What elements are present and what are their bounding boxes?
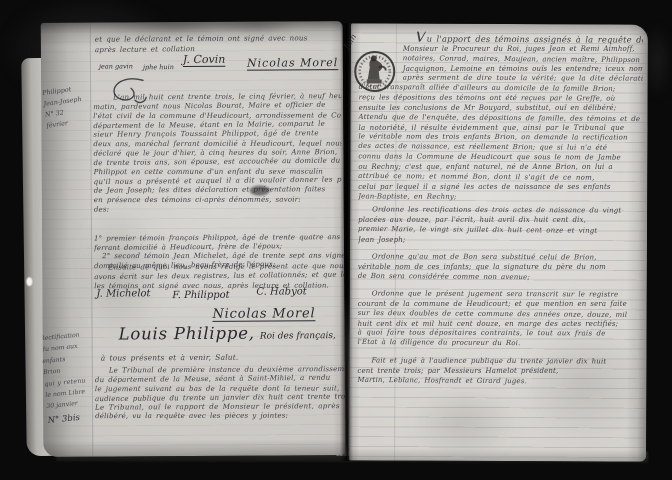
act-signature: F. Philippot bbox=[172, 290, 229, 301]
handwritten-line: Jacquignon, Lemoine en témoins ouïs les … bbox=[359, 65, 643, 75]
handwritten-line: Martin, Leblanc, Hosfrandt et Girard jug… bbox=[357, 376, 641, 388]
handwritten-line: connu dans la Commune de Heudicourt que … bbox=[358, 153, 642, 164]
previous-act-closing: et que le déclarant et le témoin ont sig… bbox=[95, 33, 339, 54]
act-signature: J. Michelot bbox=[96, 288, 150, 299]
heading-louis-philippe: Louis Philippe, bbox=[119, 324, 255, 344]
handwritten-line: Jean-Baptiste, en Rechny; bbox=[358, 192, 642, 203]
handwritten-line: premier Marie, le vingt six juillet dix … bbox=[358, 225, 642, 237]
officer-signature: J. Covin bbox=[183, 53, 225, 66]
handwritten-line: sur les deux doubles de cette commune de… bbox=[358, 309, 642, 321]
handwritten-line: véritable nom de ces infants; que la sig… bbox=[358, 263, 642, 273]
gutter-shadow bbox=[340, 23, 353, 461]
handwritten-line: Attendu que de l'enquête, des déposition… bbox=[359, 113, 643, 125]
handwritten-line: huit cent dix et mil huit cent douze, en… bbox=[358, 320, 642, 330]
handwritten-line: la notoriété, il résulte évidemment que,… bbox=[358, 124, 642, 134]
handwritten-line: des: bbox=[94, 203, 342, 214]
handwritten-line: courant de la commune de Heudicourt; et … bbox=[358, 300, 642, 310]
handwritten-line: Ordonne qu'au mot de Bon sera substitué … bbox=[358, 252, 642, 263]
ordonne-rectifications-paragraph: Ordonne les rectifications des trois act… bbox=[358, 205, 642, 246]
handwritten-line: délibéré, vu la requête avec les pièces … bbox=[95, 411, 345, 421]
handwritten-line: Monsieur le Procureur du Roi, juges Jean… bbox=[359, 45, 643, 55]
royal-heading: Louis Philippe, Roi des français, bbox=[119, 323, 336, 343]
witness-signature: jean gavin bbox=[99, 62, 133, 70]
handwritten-line: notaires, Conrad, maires, Maujean, ancie… bbox=[359, 54, 643, 66]
handwritten-line: deux ans, maréchal ferrant domicilié à H… bbox=[93, 138, 341, 148]
handwritten-line: Ordonne que le présent jugement sera tra… bbox=[358, 289, 642, 300]
ordonne-transcription-paragraph: Ordonne que le présent jugement sera tra… bbox=[358, 289, 642, 349]
considerants-paragraph: Vu l'apport des témoins assignés à la re… bbox=[358, 31, 643, 203]
act-signature: C. Habyot bbox=[256, 286, 307, 297]
margin-note-rectification: Rectificationdu nom auxenfantsBrionqui y… bbox=[41, 329, 98, 428]
heading-salut-line: à tous présents et à venir, Salut. bbox=[101, 353, 239, 363]
margin-note-act: PhilippotJean-JosephN° 32février bbox=[42, 82, 95, 132]
handwritten-line: à tous présents et à venir, Salut. bbox=[101, 353, 239, 363]
handwritten-line: celui par lequel il a signé les actes de… bbox=[358, 183, 642, 193]
witness-signature: jphe huin bbox=[143, 63, 174, 71]
handwritten-line: de Bon sera considérée comme non avenue; bbox=[358, 272, 642, 284]
fait-et-juge-paragraph: Fait et jugé à l'audience publique du tr… bbox=[357, 356, 641, 387]
handwritten-line: cent trente trois; par Messieurs Hamelot… bbox=[357, 367, 641, 377]
handwritten-line: Ordonne les rectifications des trois act… bbox=[358, 205, 642, 216]
left-page: et que le déclarant et le témoin ont sig… bbox=[41, 21, 346, 457]
handwritten-line: Fait et jugé à l'audience publique du tr… bbox=[357, 356, 641, 367]
handwritten-line: Jean Joseph; bbox=[358, 236, 642, 246]
judgment-intro-paragraph: Le Tribunal de première instance du deux… bbox=[95, 364, 346, 421]
mayor-signature: Nicolas Morel bbox=[247, 56, 338, 70]
right-page: Vu l'apport des témoins assignés à la re… bbox=[349, 23, 648, 461]
heading-roi-des-francais: Roi des français, bbox=[260, 331, 336, 341]
handwritten-line: l'État à la diligence du procureur du Ro… bbox=[358, 338, 642, 350]
birth-act-paragraph: L'an mil huit cent trente trois, le cinq… bbox=[93, 91, 342, 214]
handwritten-line: placées aux douze, par l'écrit, huit avr… bbox=[358, 216, 642, 226]
register-scan: et que le déclarant et le témoin ont sig… bbox=[0, 0, 672, 480]
handwritten-line: Vu l'apport des témoins assignés à la re… bbox=[359, 31, 643, 45]
handwritten-line: attribué ce nom; et nommé Bon, dont il s… bbox=[358, 172, 642, 184]
handwritten-line: en présence des témoins ci-après dénommé… bbox=[94, 194, 342, 204]
paper-stain bbox=[409, 384, 519, 464]
closure-paragraph: Ensuite de quoi nous avons rédigé le pré… bbox=[94, 261, 344, 290]
official-signature-nicolas-morel: Nicolas Morel bbox=[212, 306, 315, 322]
ordonne-substitution-paragraph: Ordonne qu'au mot de Bon sera substitué … bbox=[358, 252, 642, 283]
handwritten-line: reçu les dépositions des témoins ont été… bbox=[359, 93, 643, 104]
